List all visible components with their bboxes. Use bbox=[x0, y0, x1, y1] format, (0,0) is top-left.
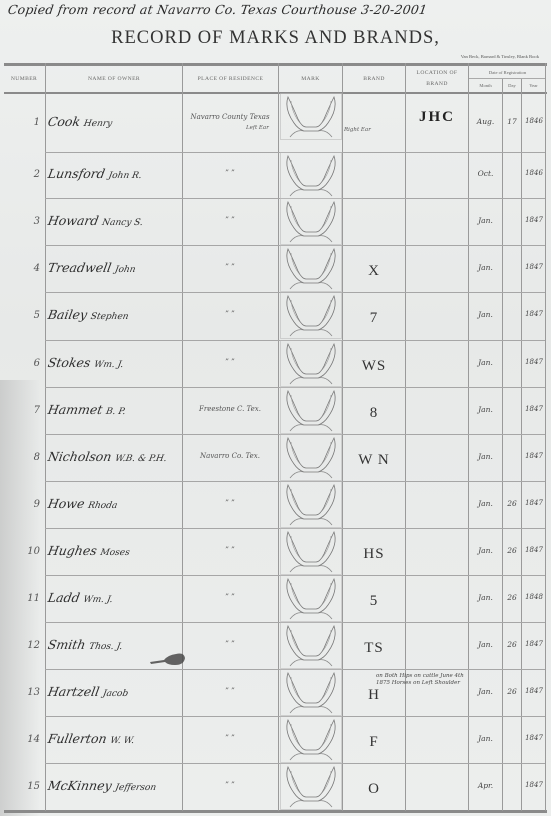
date-subheader-rule bbox=[469, 78, 545, 79]
owner-given-name: Rhoda bbox=[87, 501, 118, 511]
ear-mark-icon bbox=[280, 387, 342, 434]
brand-symbol: F bbox=[343, 734, 405, 751]
owner-name: Hartzell Jacob bbox=[47, 684, 182, 699]
entry-number: 8 bbox=[22, 452, 40, 463]
entry-number: 13 bbox=[22, 687, 40, 698]
entry-number: 6 bbox=[22, 358, 40, 369]
ear-mark-icon bbox=[280, 622, 342, 669]
registration-day: 26 bbox=[503, 546, 521, 555]
registration-day: 26 bbox=[503, 640, 521, 649]
entry-number: 11 bbox=[22, 593, 40, 604]
brand-symbol: HS bbox=[343, 546, 405, 563]
table-row: 3 Howard Nancy S. ” ” Jan. 1847 bbox=[0, 198, 551, 245]
brand-symbol: 7 bbox=[343, 310, 405, 327]
header-owner: Name of Owner bbox=[46, 76, 182, 82]
owner-given-name: John R. bbox=[108, 171, 143, 181]
ear-mark-icon bbox=[280, 528, 342, 575]
owner-given-name: Moses bbox=[99, 548, 130, 558]
ear-mark-icon bbox=[280, 340, 342, 387]
brand-symbol: TS bbox=[343, 640, 405, 657]
registration-month: Jan. bbox=[469, 310, 502, 319]
entry-number: 14 bbox=[22, 734, 40, 745]
owner-given-name: B. P. bbox=[105, 407, 126, 417]
table-row: 13 Hartzell Jacob ” ” H Jan. 26 1847 on … bbox=[0, 669, 551, 716]
registration-year: 1847 bbox=[522, 546, 546, 554]
table-row: 14 Fullerton W. W. ” ” F Jan. 1847 bbox=[0, 716, 551, 763]
entry-number: 5 bbox=[22, 310, 40, 321]
owner-surname: Fullerton bbox=[47, 731, 108, 746]
page-title: RECORD OF MARKS AND BRANDS, bbox=[0, 28, 551, 49]
registration-year: 1847 bbox=[522, 734, 546, 742]
place-of-residence: ” ” bbox=[184, 593, 276, 601]
owner-surname: Hartzell bbox=[47, 684, 101, 699]
place-of-residence: ” ” bbox=[184, 169, 276, 177]
table-row: 15 McKinney Jefferson ” ” O Apr. 1847 bbox=[0, 763, 551, 810]
place-of-residence: ” ” bbox=[184, 781, 276, 789]
registration-month: Jan. bbox=[469, 499, 502, 508]
registration-month: Jan. bbox=[469, 216, 502, 225]
ear-mark-icon bbox=[280, 763, 342, 810]
owner-surname: Bailey bbox=[47, 307, 89, 322]
place-of-residence: ” ” bbox=[184, 546, 276, 554]
owner-surname: Treadwell bbox=[47, 260, 113, 275]
owner-name: Nicholson W.B. & P.H. bbox=[47, 449, 182, 464]
table-row: 7 Hammet B. P. Freestone C. Tex. 8 Jan. … bbox=[0, 387, 551, 434]
ear-mark-icon bbox=[280, 198, 342, 245]
owner-given-name: W. W. bbox=[109, 736, 135, 746]
ear-mark-icon bbox=[280, 575, 342, 622]
place-of-residence: ” ” bbox=[184, 687, 276, 695]
publisher-imprint: Van Beck, Barnard & Tinsley, Blank Book bbox=[461, 54, 539, 59]
owner-surname: Smith bbox=[47, 637, 87, 652]
place-of-residence: ” ” bbox=[184, 263, 276, 271]
ear-mark-icon bbox=[280, 669, 342, 716]
registration-month: Jan. bbox=[469, 405, 502, 414]
ledger-page: Copied from record at Navarro Co. Texas … bbox=[0, 0, 551, 816]
entry-number: 10 bbox=[22, 546, 40, 557]
registration-month: Jan. bbox=[469, 263, 502, 272]
owner-name: Treadwell John bbox=[47, 260, 182, 275]
owner-given-name: Jacob bbox=[102, 689, 129, 699]
registration-year: 1847 bbox=[522, 310, 546, 318]
registration-year: 1848 bbox=[522, 593, 546, 601]
entry-number: 15 bbox=[22, 781, 40, 792]
owner-surname: Howe bbox=[47, 496, 86, 511]
registration-month: Jan. bbox=[469, 546, 502, 555]
registration-day: 26 bbox=[503, 593, 521, 602]
bottom-rule bbox=[4, 810, 547, 813]
registration-year: 1847 bbox=[522, 687, 546, 695]
registration-year: 1846 bbox=[522, 117, 546, 125]
owner-name: McKinney Jefferson bbox=[47, 778, 182, 793]
registration-month: Jan. bbox=[469, 734, 502, 743]
registration-year: 1847 bbox=[522, 263, 546, 271]
registration-year: 1847 bbox=[522, 452, 546, 460]
owner-name: Howard Nancy S. bbox=[47, 213, 182, 228]
ear-mark-icon bbox=[280, 292, 342, 339]
brand-symbol: 8 bbox=[343, 405, 405, 422]
owner-name: Lunsford John R. bbox=[47, 166, 182, 181]
place-of-residence: ” ” bbox=[184, 310, 276, 318]
owner-surname: Lunsford bbox=[47, 166, 107, 181]
registration-month: Aug. bbox=[469, 117, 502, 126]
owner-name: Stokes Wm. J. bbox=[47, 355, 182, 370]
owner-surname: McKinney bbox=[47, 778, 113, 793]
registration-day: 26 bbox=[503, 499, 521, 508]
header-mark: Mark bbox=[279, 76, 342, 82]
header-residence: Place of Residence bbox=[183, 76, 278, 82]
owner-given-name: Nancy S. bbox=[101, 218, 143, 228]
ear-mark-icon bbox=[280, 152, 342, 199]
top-rule bbox=[4, 63, 547, 66]
table-row: 1 Cook Henry Navarro County Texas JHC Au… bbox=[0, 93, 551, 152]
table-row: 9 Howe Rhoda ” ” Jan. 26 1847 bbox=[0, 481, 551, 528]
registration-month: Jan. bbox=[469, 358, 502, 367]
header-brand: Brand bbox=[343, 76, 405, 82]
owner-surname: Stokes bbox=[47, 355, 92, 370]
ear-mark-icon bbox=[280, 481, 342, 528]
registration-year: 1846 bbox=[522, 169, 546, 177]
registration-month: Jan. bbox=[469, 452, 502, 461]
brand-location: JHC bbox=[406, 109, 468, 126]
header-day: Day bbox=[503, 83, 521, 88]
table-row: 11 Ladd Wm. J. ” ” 5 Jan. 26 1848 bbox=[0, 575, 551, 622]
owner-surname: Nicholson bbox=[47, 449, 113, 464]
owner-given-name: Stephen bbox=[90, 312, 130, 322]
owner-given-name: Wm. J. bbox=[93, 360, 124, 370]
place-of-residence: Navarro Co. Tex. bbox=[184, 452, 276, 460]
ear-mark-icon bbox=[280, 93, 342, 140]
owner-surname: Ladd bbox=[47, 590, 81, 605]
table-row: 10 Hughes Moses ” ” HS Jan. 26 1847 bbox=[0, 528, 551, 575]
place-of-residence: ” ” bbox=[184, 216, 276, 224]
place-of-residence: ” ” bbox=[184, 640, 276, 648]
owner-given-name: Wm. J. bbox=[82, 595, 113, 605]
owner-given-name: John bbox=[114, 265, 136, 275]
owner-surname: Hughes bbox=[47, 543, 98, 558]
ear-mark-icon bbox=[280, 434, 342, 481]
entry-number: 12 bbox=[22, 640, 40, 651]
table-row: 12 Smith Thos. J. ” ” TS Jan. 26 1847 bbox=[0, 622, 551, 669]
table-row: 4 Treadwell John ” ” X Jan. 1847 bbox=[0, 245, 551, 292]
header-month: Month bbox=[469, 83, 502, 88]
entry-number: 2 bbox=[22, 169, 40, 180]
owner-surname: Hammet bbox=[47, 402, 104, 417]
registration-month: Jan. bbox=[469, 593, 502, 602]
header-location: Location of Brand bbox=[406, 68, 468, 90]
owner-surname: Howard bbox=[47, 213, 100, 228]
ear-mark-icon bbox=[280, 716, 342, 763]
owner-name: Bailey Stephen bbox=[47, 307, 182, 322]
registration-month: Jan. bbox=[469, 640, 502, 649]
owner-name: Ladd Wm. J. bbox=[47, 590, 182, 605]
owner-name: Hughes Moses bbox=[47, 543, 182, 558]
brand-symbol: O bbox=[343, 781, 405, 798]
entry-number: 7 bbox=[22, 405, 40, 416]
registration-year: 1847 bbox=[522, 405, 546, 413]
registration-year: 1847 bbox=[522, 640, 546, 648]
owner-given-name: Jefferson bbox=[114, 783, 157, 793]
brand-symbol: WS bbox=[343, 358, 405, 375]
entry-number: 1 bbox=[22, 117, 40, 128]
table-row: 6 Stokes Wm. J. ” ” WS Jan. 1847 bbox=[0, 340, 551, 387]
table-row: 8 Nicholson W.B. & P.H. Navarro Co. Tex.… bbox=[0, 434, 551, 481]
owner-name: Smith Thos. J. bbox=[47, 637, 182, 652]
owner-given-name: Thos. J. bbox=[88, 642, 123, 652]
ear-mark-icon bbox=[280, 245, 342, 292]
registration-month: Jan. bbox=[469, 687, 502, 696]
brand-symbol: 5 bbox=[343, 593, 405, 610]
header-date-group: Date of Registration bbox=[469, 70, 546, 75]
owner-given-name: Henry bbox=[83, 119, 113, 129]
brand-symbol: W N bbox=[343, 452, 405, 469]
left-ear-label: Left Ear bbox=[246, 125, 269, 131]
handwritten-note: Copied from record at Navarro Co. Texas … bbox=[7, 2, 428, 17]
brand-symbol: X bbox=[343, 263, 405, 280]
entry-number: 9 bbox=[22, 499, 40, 510]
table-row: 2 Lunsford John R. ” ” Oct. 1846 bbox=[0, 152, 551, 198]
owner-name: Hammet B. P. bbox=[47, 402, 182, 417]
place-of-residence: Freestone C. Tex. bbox=[184, 405, 276, 413]
registration-year: 1847 bbox=[522, 216, 546, 224]
right-ear-label: Right Ear bbox=[344, 127, 371, 133]
table-row: 5 Bailey Stephen ” ” 7 Jan. 1847 bbox=[0, 292, 551, 340]
place-of-residence: ” ” bbox=[184, 734, 276, 742]
registration-year: 1847 bbox=[522, 358, 546, 366]
registration-day: 26 bbox=[503, 687, 521, 696]
owner-given-name: W.B. & P.H. bbox=[114, 454, 167, 464]
place-of-residence: ” ” bbox=[184, 358, 276, 366]
registration-year: 1847 bbox=[522, 781, 546, 789]
registration-month: Oct. bbox=[469, 169, 502, 178]
owner-surname: Cook bbox=[47, 114, 82, 129]
place-of-residence: ” ” bbox=[184, 499, 276, 507]
owner-name: Cook Henry bbox=[47, 114, 182, 129]
registration-year: 1847 bbox=[522, 499, 546, 507]
entry-number: 3 bbox=[22, 216, 40, 227]
header-year: Year bbox=[522, 83, 545, 88]
registration-day: 17 bbox=[503, 117, 521, 126]
registration-month: Apr. bbox=[469, 781, 502, 790]
place-of-residence: Navarro County Texas bbox=[184, 113, 276, 121]
entry-number: 4 bbox=[22, 263, 40, 274]
owner-name: Howe Rhoda bbox=[47, 496, 182, 511]
brand-location-note: on Both Hips on cattle June 4th 1875 Hor… bbox=[376, 673, 468, 687]
header-number: Number bbox=[4, 76, 44, 82]
brand-symbol: H bbox=[343, 687, 405, 704]
owner-name: Fullerton W. W. bbox=[47, 731, 182, 746]
